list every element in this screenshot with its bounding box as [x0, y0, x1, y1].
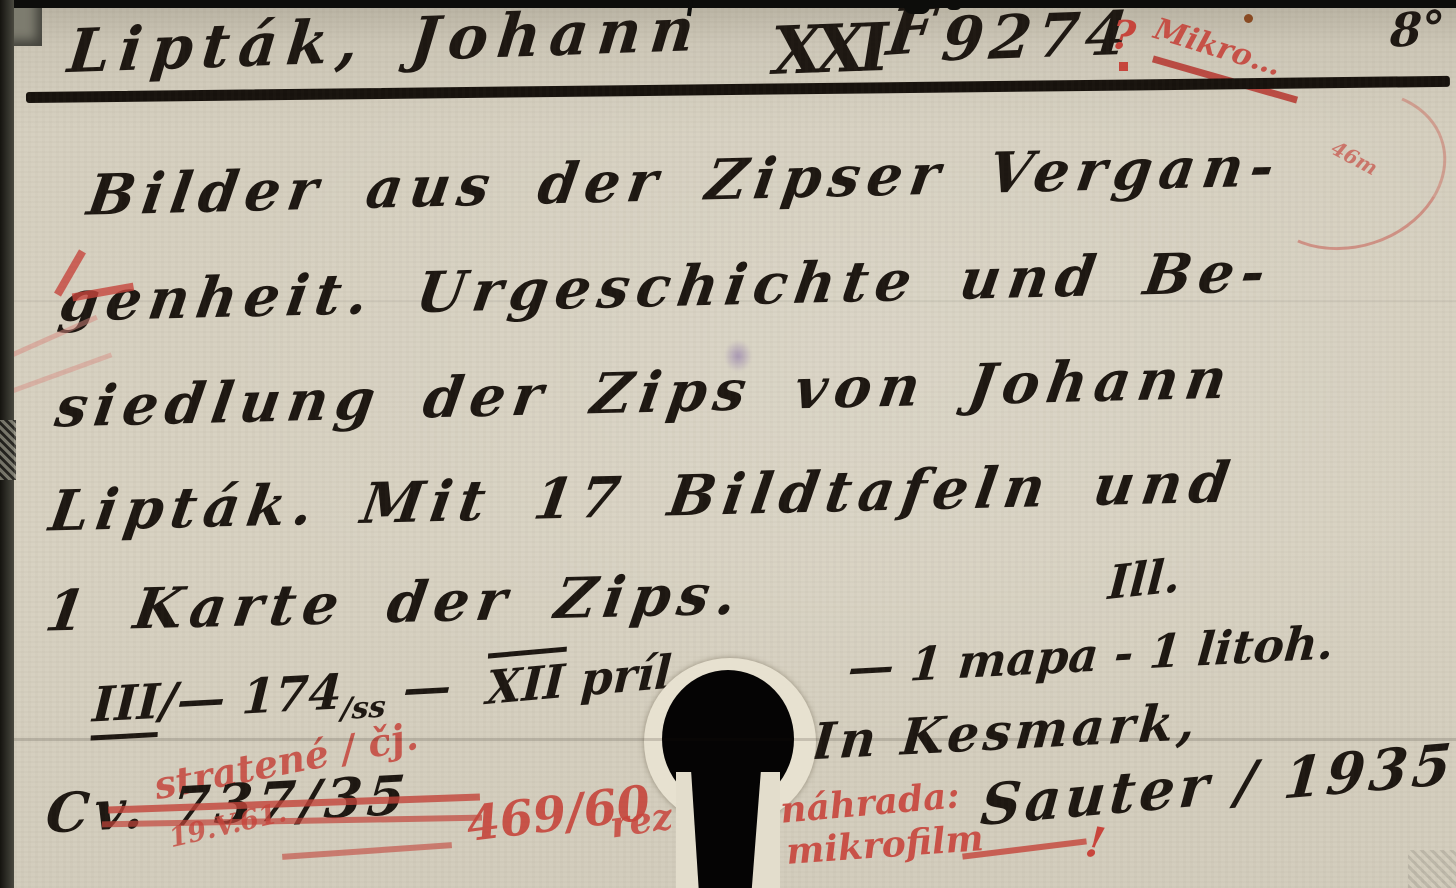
red-mikro-note: Mikro…: [1150, 12, 1286, 84]
format-note: 8°: [1389, 0, 1446, 58]
title-line: siedlung der Zips von Johann: [51, 345, 1238, 440]
scan-artifact-line: [0, 300, 1456, 302]
collation-separator: /—: [158, 669, 243, 730]
author-heading: Lipták, Johann: [64, 0, 706, 87]
title-line: genheit. Urgeschichte und Be-: [55, 239, 1276, 335]
map-note: — 1 mapa - 1 litoh.: [846, 615, 1336, 695]
ink-fleck: [1244, 14, 1253, 23]
scan-edge-texture: [0, 420, 16, 480]
red-strike-mark: [282, 842, 452, 860]
scan-artifact-line: [0, 738, 1456, 741]
red-dot-mark: [1119, 62, 1128, 71]
shelfmark-number: 9274: [938, 0, 1136, 75]
ink-blob-top-edge: [946, 0, 962, 10]
collation-roman-pages: III: [91, 674, 162, 741]
title-line: 1 Karte der Zips.: [41, 561, 748, 644]
collation-page-count: 174: [240, 664, 343, 725]
red-reference-cont: rez: [607, 795, 675, 846]
title-line: Lipták. Mit 17 Bildtafeln und: [45, 449, 1240, 544]
punch-slot: [688, 770, 764, 888]
plates-roman: XII: [485, 647, 567, 715]
faint-red-scribble: [9, 315, 98, 358]
scan-edge-top: [0, 0, 1456, 8]
collation-dash: —: [385, 658, 453, 718]
ink-blob-top-edge: [904, 0, 930, 14]
title-line: Bilder aus der Zipser Vergan-: [83, 133, 1285, 228]
red-question-mark: ?: [1110, 11, 1138, 60]
scan-corner-artifact: [1408, 850, 1456, 888]
shelfmark-roman: XXI: [771, 8, 883, 90]
catalog-card-scan: Lipták, Johann XXI F 9274 ? Mikro… 46m 8…: [0, 0, 1456, 888]
purple-smudge: [724, 340, 752, 372]
illustration-note: Ill.: [1106, 548, 1182, 610]
